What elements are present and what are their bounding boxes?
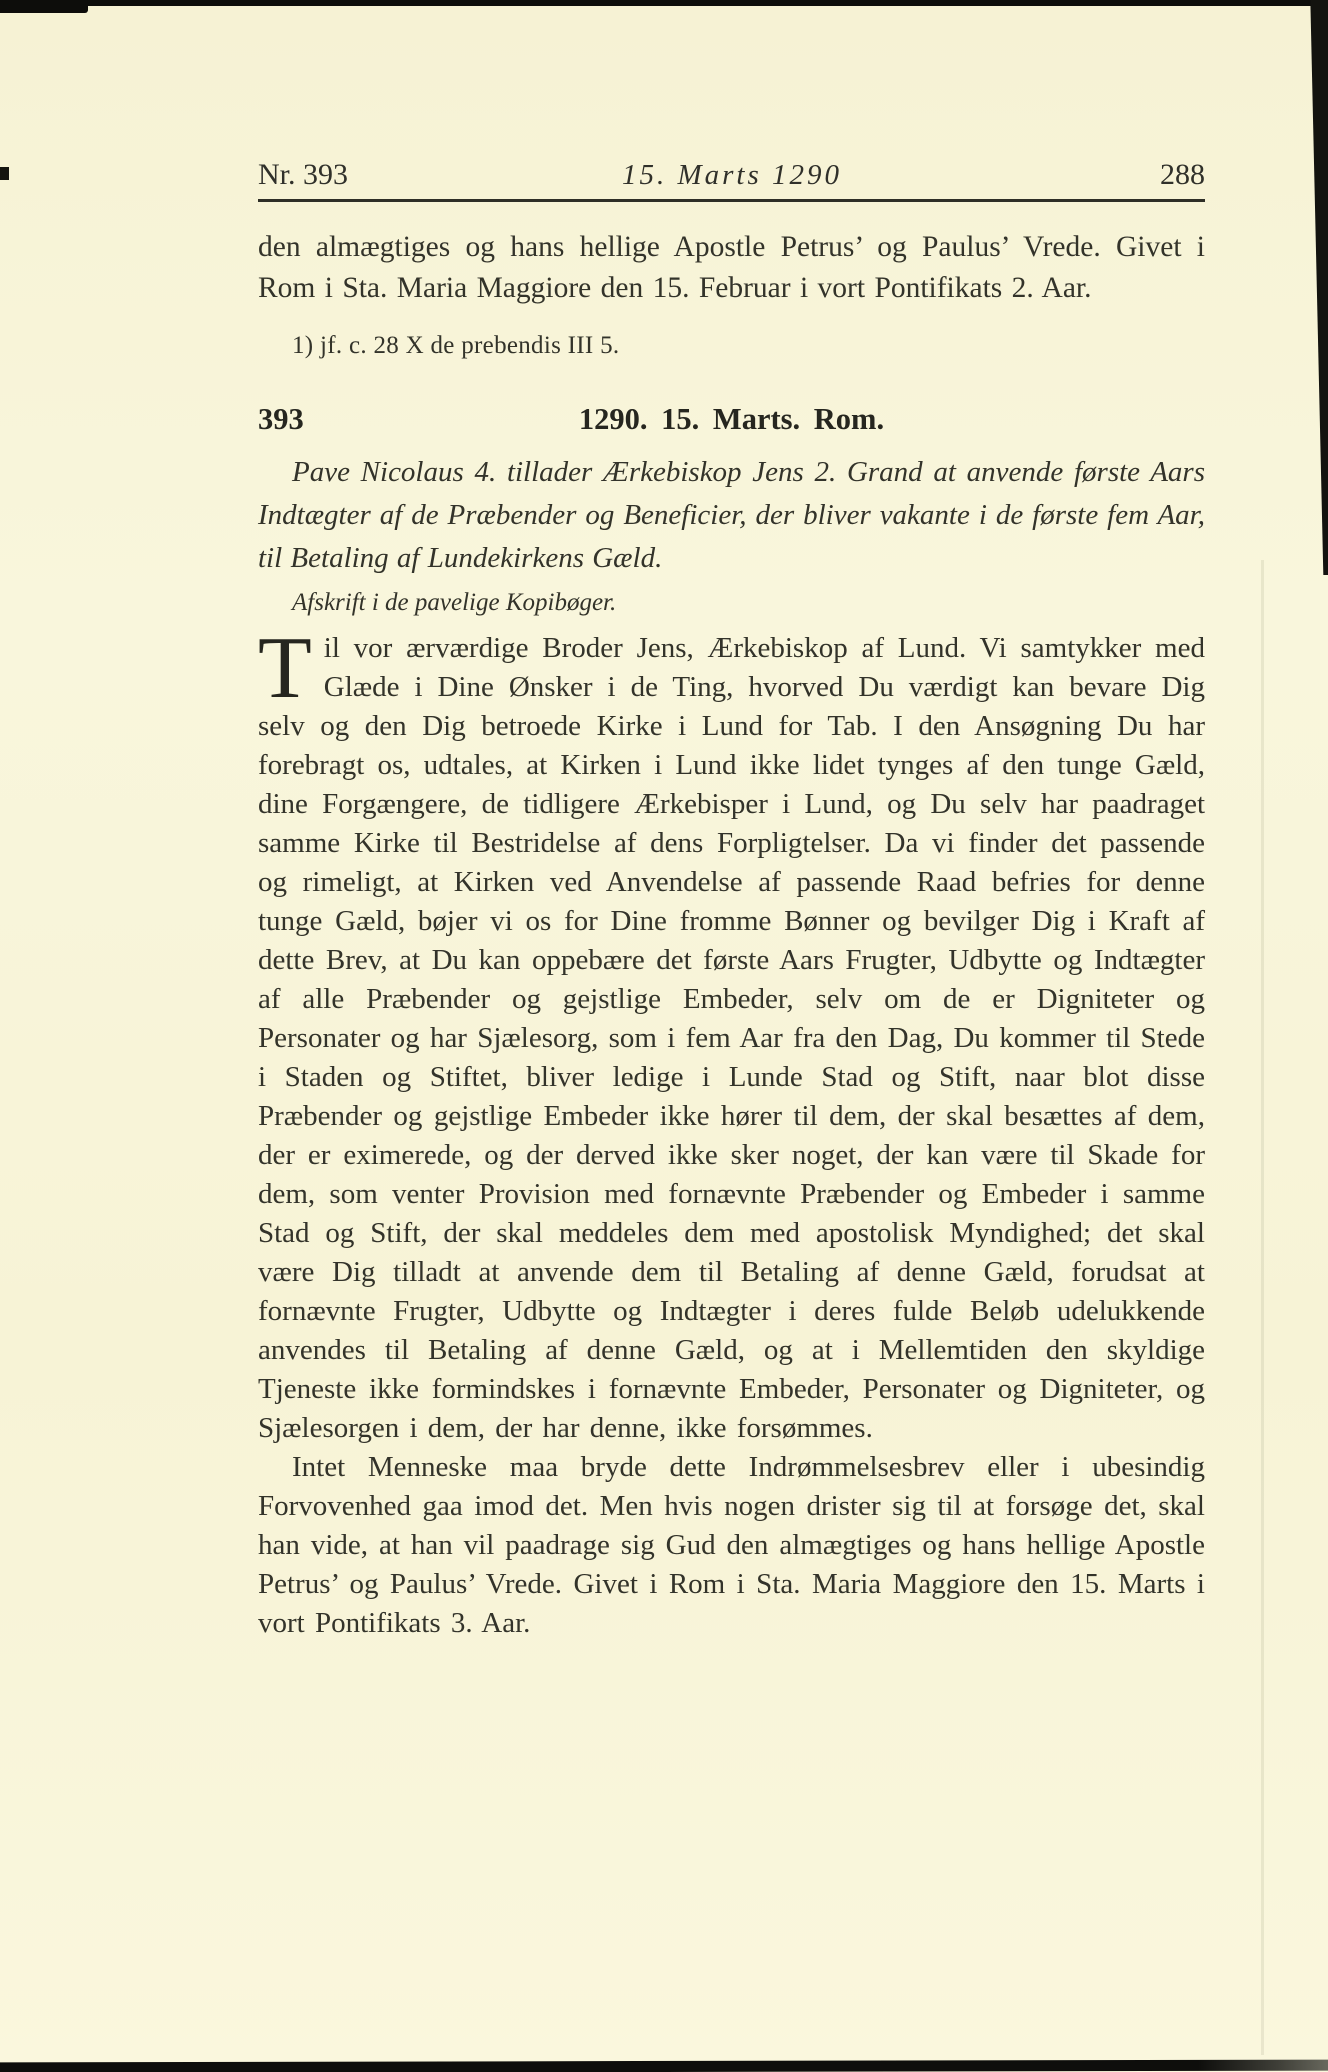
scan-mark-left [0, 167, 9, 180]
letter-paragraph-2: Intet Menneske maa bryde dette Indrømmel… [258, 1448, 1205, 1643]
scan-edge-top-left [0, 0, 88, 13]
scan-edge-top [0, 0, 1328, 6]
letter-paragraph-1: Til vor ærværdige Broder Jens, Ærkebisko… [258, 629, 1205, 1448]
scan-edge-bottom [0, 2060, 1328, 2072]
header-date: 15. Marts 1290 [622, 159, 842, 192]
scan-edge-right [1302, 0, 1328, 575]
scanned-page: Nr. 393 15. Marts 1290 288 den almægtige… [0, 0, 1328, 2072]
text-block: Nr. 393 15. Marts 1290 288 den almægtige… [258, 158, 1205, 1643]
footnote: 1) jf. c. 28 X de prebendis III 5. [258, 332, 1205, 360]
drop-cap: T [258, 629, 324, 703]
header-page-number: 288 [1160, 158, 1205, 192]
entry-source-note: Afskrift i de pavelige Kopibøger. [258, 589, 1205, 617]
entry-dateline: 1290. 15. Marts. Rom. [258, 402, 1205, 437]
intro-paragraph: den almægtiges og hans hellige Apostle P… [258, 227, 1205, 309]
running-header: Nr. 393 15. Marts 1290 288 [258, 158, 1205, 192]
entry-number: 393 [258, 402, 304, 437]
letter-body: Til vor ærværdige Broder Jens, Ærkebisko… [258, 629, 1205, 1643]
page-edge-shadow [1261, 560, 1264, 2055]
entry-summary: Pave Nicolaus 4. tillader Ærkebiskop Jen… [258, 451, 1205, 580]
entry-heading: 393 1290. 15. Marts. Rom. [258, 402, 1205, 437]
header-entry-number: Nr. 393 [258, 158, 348, 192]
header-rule [258, 199, 1205, 202]
letter-paragraph-1-text: il vor ærværdige Broder Jens, Ærkebiskop… [258, 632, 1205, 1444]
